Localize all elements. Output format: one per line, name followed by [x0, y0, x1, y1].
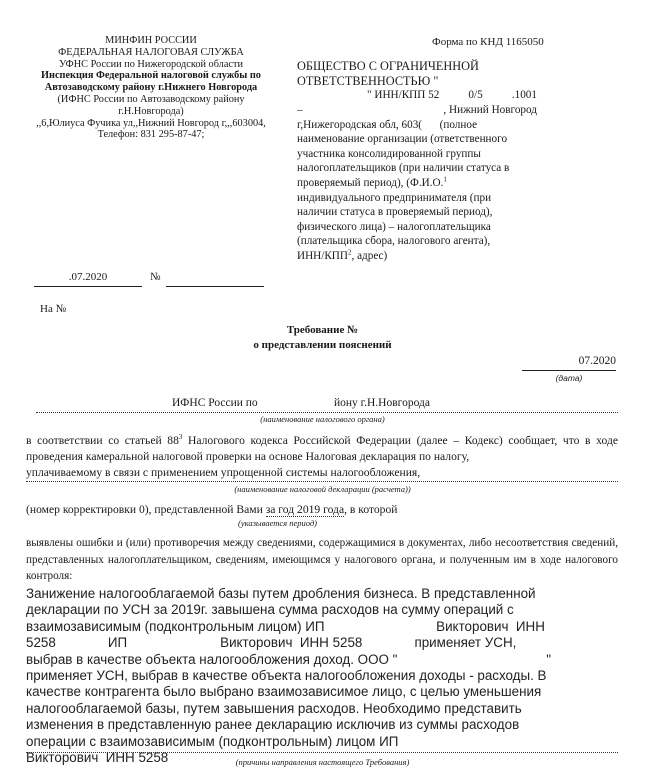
issuer-line: ФЕДЕРАЛЬНАЯ НАЛОГОВАЯ СЛУЖБА — [20, 47, 282, 59]
reason-text: Занижение налогооблагаемой базы путем др… — [26, 586, 616, 766]
tax-authority-caption: (наименование налогового органа) — [0, 414, 645, 424]
issuer-line: УФНС России по Нижегородской области — [20, 59, 282, 71]
issuer-line: г.Н.Новгорода) — [20, 106, 282, 118]
recipient-kpp: .1001 — [512, 88, 537, 103]
registration-date: .07.2020 — [34, 271, 142, 287]
reply-to-number: На № — [40, 303, 66, 315]
tax-authority-part: йону г.Н.Новгорода — [334, 397, 430, 409]
recipient-city-line: – , Нижний Новгород — [297, 103, 537, 118]
registration-number — [166, 271, 264, 287]
recipient-description: г,Нижегородская обл, 603( (полное наимен… — [297, 118, 537, 264]
declaration-name: уплачиваемому в связи с применением упро… — [26, 465, 618, 482]
issuer-line: МИНФИН РОССИИ — [20, 35, 282, 47]
tax-authority-part: ИФНС России по — [172, 397, 258, 409]
issuer-line: Автозаводскому району г.Нижнего Новгород… — [20, 82, 282, 94]
recipient-city: , Нижний Новгород — [443, 103, 537, 118]
recipient-inn-line: " ИНН/КПП 52 0/5 .1001 — [297, 88, 537, 103]
title-line: Требование № — [0, 323, 645, 338]
period-caption: (указывается период) — [238, 518, 317, 528]
date-caption: (дата) — [522, 373, 616, 383]
recipient-region: г,Нижегородская обл, 603( — [297, 119, 422, 131]
dash-mark: – — [297, 103, 303, 118]
paragraph-legal-basis: в соответствии со статьей 883 Налогового… — [26, 433, 618, 482]
document-date: 07.2020 — [522, 355, 616, 371]
recipient-block: ОБЩЕСТВО С ОГРАНИЧЕННОЙ ОТВЕТСТВЕННОСТЬЮ… — [297, 59, 537, 264]
recipient-inn: " ИНН/КПП 52 — [297, 88, 439, 103]
number-sign: № — [150, 271, 161, 283]
title-line: о представлении пояснений — [0, 338, 645, 353]
issuer-block: МИНФИН РОССИИ ФЕДЕРАЛЬНАЯ НАЛОГОВАЯ СЛУЖ… — [20, 35, 282, 141]
paragraph-period: (номер корректировки 0), представленной … — [26, 503, 397, 516]
issuer-phone: Телефон: 831 295-87-47; — [20, 129, 282, 141]
reason-caption: (причины направления настоящего Требован… — [0, 757, 645, 767]
period-value: за год 2019 года — [266, 503, 344, 517]
paragraph-findings: выявлены ошибки и (или) противоречия меж… — [26, 535, 618, 585]
recipient-inn-part: 0/5 — [468, 88, 482, 103]
issuer-line: (ИФНС России по Автозаводскому району — [20, 94, 282, 106]
form-code: Форма по КНД 1165050 — [432, 36, 544, 48]
recipient-org-line: ОБЩЕСТВО С ОГРАНИЧЕННОЙ — [297, 59, 537, 74]
document-title: Требование № о представлении пояснений — [0, 323, 645, 353]
tax-authority-line: ИФНС России по йону г.Н.Новгорода — [36, 397, 618, 413]
recipient-org-line: ОТВЕТСТВЕННОСТЬЮ " — [297, 74, 537, 89]
reason-underline — [26, 752, 618, 753]
declaration-caption: (наименование налоговой декларации (расч… — [0, 484, 645, 494]
issuer-address: ,,6,Юлиуса Фучика ул,,Нижний Новгород г,… — [20, 118, 282, 130]
issuer-line: Инспекция Федеральной налоговой службы п… — [20, 70, 282, 82]
